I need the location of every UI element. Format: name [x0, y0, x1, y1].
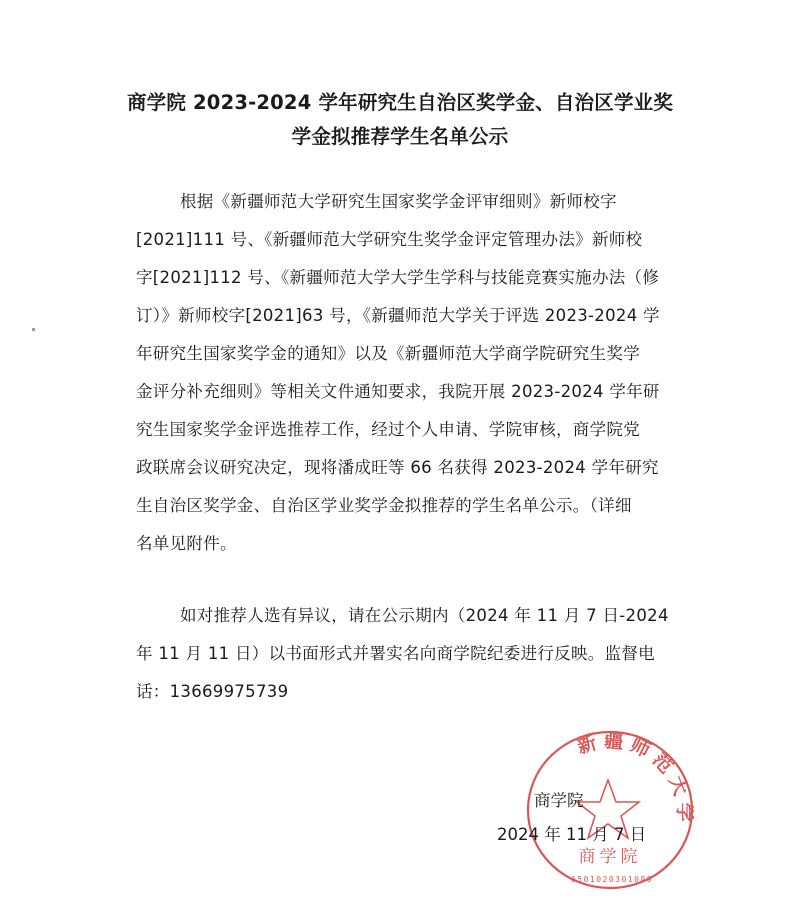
paragraph-line: 年 11 月 11 日）以书面形式并署实名向商学院纪委进行反映。监督电: [136, 635, 696, 673]
signature-unit: 商学院: [520, 784, 646, 818]
paragraph-line: 字[2021]112 号、《新疆师范大学大学生学科与技能竞赛实施办法（修: [136, 259, 696, 297]
paragraph-line: 政联席会议研究决定，现将潘成旺等 66 名获得 2023-2024 学年研究: [136, 449, 696, 487]
paragraph-line: 话：13669975739: [136, 673, 696, 711]
paragraph-line: 究生国家奖学金评选推荐工作，经过个人申请、学院审核，商学院党: [136, 411, 696, 449]
paragraph-line: 名单见附件。: [136, 525, 696, 563]
paragraph-basis: 根据《新疆师范大学研究生国家奖学金评审细则》新师校字 [2021]111 号、《…: [136, 183, 696, 563]
scan-artifact-dot: [32, 328, 35, 331]
seal-code: 6501020301080: [571, 875, 653, 884]
paragraph-line: 订）》新师校字[2021]63 号，《新疆师范大学关于评选 2023-2024 …: [136, 297, 696, 335]
paragraph-line: [2021]111 号、《新疆师范大学研究生奖学金评定管理办法》新师校: [136, 221, 696, 259]
paragraph-line: 金评分补充细则》等相关文件通知要求，我院开展 2023-2024 学年研: [136, 373, 696, 411]
signature-block: 商学院 2024 年 11 月 7 日: [520, 784, 646, 852]
paragraph-line: 生自治区奖学金、自治区学业奖学金拟推荐的学生名单公示。（详细: [136, 487, 696, 525]
title-line-1: 商学院 2023-2024 学年研究生自治区奖学金、自治区学业奖: [110, 86, 690, 120]
paragraph-line: 如对推荐人选有异议，请在公示期内（2024 年 11 月 7 日-2024: [136, 597, 696, 635]
document-title: 商学院 2023-2024 学年研究生自治区奖学金、自治区学业奖 学金拟推荐学生…: [110, 86, 690, 154]
paragraph-line: 根据《新疆师范大学研究生国家奖学金评审细则》新师校字: [136, 183, 696, 221]
document-page: 商学院 2023-2024 学年研究生自治区奖学金、自治区学业奖 学金拟推荐学生…: [0, 0, 799, 911]
paragraph-line: 年研究生国家奖学金的通知》以及《新疆师范大学商学院研究生奖学: [136, 335, 696, 373]
paragraph-objection: 如对推荐人选有异议，请在公示期内（2024 年 11 月 7 日-2024 年 …: [136, 597, 696, 711]
title-line-2: 学金拟推荐学生名单公示: [110, 120, 690, 154]
signature-date: 2024 年 11 月 7 日: [497, 818, 646, 852]
